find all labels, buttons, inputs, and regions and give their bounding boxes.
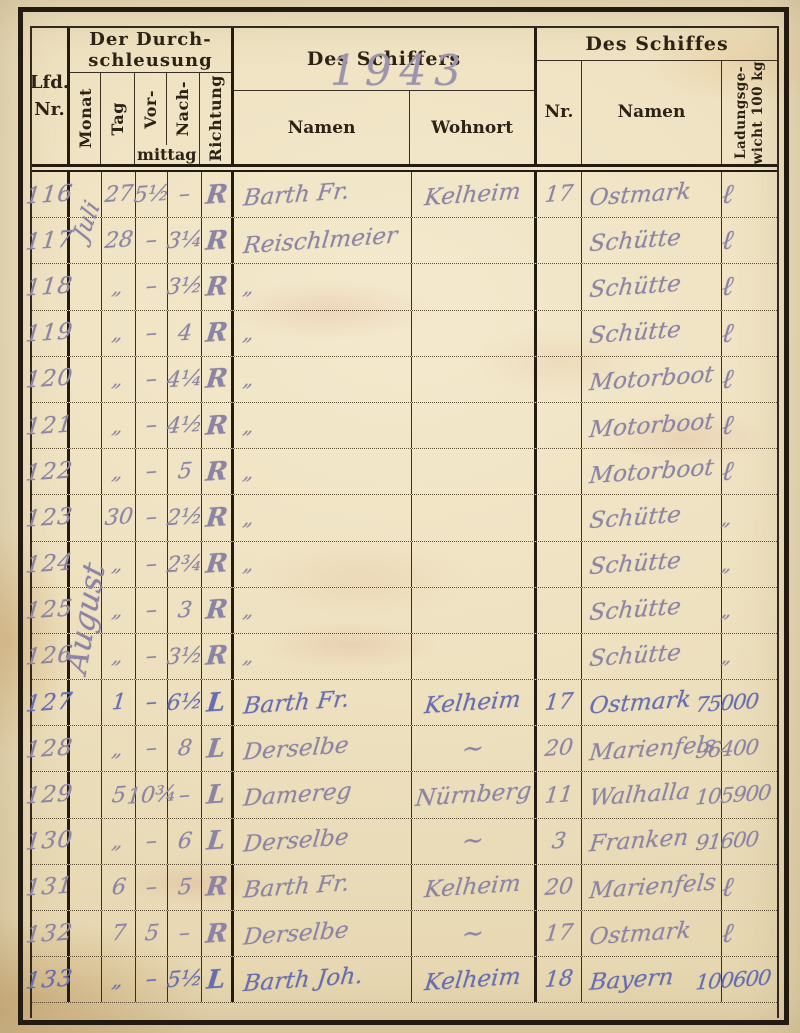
cell-richtung: R <box>202 588 234 633</box>
cell-schiffer-name: „ <box>234 588 412 633</box>
cell-tag-value: „ <box>110 968 126 992</box>
cell-schiffer-name: Damereg <box>234 772 412 817</box>
cell-schiff-name: Motorboot <box>582 403 722 448</box>
cell-vormittag: – <box>136 957 168 1002</box>
cell-tag: 6 <box>102 865 136 910</box>
cell-nachmittag: 4¼ <box>168 357 202 402</box>
cell-tag-value: „ <box>110 829 126 853</box>
cell-schiffer-name-value: „ <box>241 460 257 484</box>
cell-schiff-nr: 20 <box>537 865 582 910</box>
cell-schiff-name-value: Ostmark <box>588 686 692 719</box>
cell-ladungsgewicht-value: ℓ <box>720 410 735 442</box>
cell-tag: 7 <box>102 911 136 956</box>
cell-lfd-nr-value: 132 <box>24 919 74 948</box>
cell-tag-value: „ <box>110 414 126 438</box>
cell-ladungsgewicht-value: ℓ <box>720 456 735 488</box>
cell-vormittag-value: – <box>145 320 159 346</box>
cell-schiff-name-value: Marienfels <box>588 870 717 905</box>
cell-richtung: R <box>202 449 234 494</box>
column-header-tag: Tag <box>101 73 134 164</box>
cell-vormittag-value: – <box>145 967 159 993</box>
cell-wohnort: Kelheim <box>412 957 537 1002</box>
cell-ladungsgewicht: 91600 <box>722 819 777 864</box>
cell-vormittag-value: – <box>145 505 159 531</box>
cell-tag-value: „ <box>110 644 126 668</box>
cell-lfd-nr: 131 <box>32 865 70 910</box>
durchschleusung-title-line1: Der Durch- <box>89 29 212 50</box>
cell-nachmittag-value: 2½ <box>165 504 203 531</box>
cell-richtung-value: L <box>206 826 228 857</box>
cell-vormittag: – <box>136 311 168 356</box>
cell-nachmittag-value: 3½ <box>165 273 203 300</box>
cell-tag-value: 28 <box>103 227 134 254</box>
cell-schiff-nr: 17 <box>537 172 582 217</box>
cell-tag: „ <box>102 588 136 633</box>
cell-schiff-nr <box>537 542 582 587</box>
cell-vormittag-value: – <box>145 413 159 439</box>
cell-vormittag: 10¾ <box>136 772 168 817</box>
ladungsgewicht-label-line2: wicht 100 kg <box>750 61 766 164</box>
cell-nachmittag-value: – <box>178 182 192 208</box>
cell-monat <box>70 403 102 448</box>
cell-schiff-name: Schütte <box>582 588 722 633</box>
cell-nachmittag: 3 <box>168 588 202 633</box>
cell-vormittag-value: – <box>145 597 159 623</box>
cell-nachmittag-value: 5 <box>176 874 193 900</box>
cell-wohnort <box>412 542 537 587</box>
cell-ladungsgewicht: 96400 <box>722 726 777 771</box>
cell-schiff-nr-value: 11 <box>544 782 575 809</box>
cell-monat <box>70 449 102 494</box>
cell-vormittag: – <box>136 680 168 725</box>
cell-wohnort-value: Kelheim <box>424 178 523 211</box>
cell-schiff-nr-value: 17 <box>544 920 575 947</box>
cell-schiffer-name: Derselbe <box>234 726 412 771</box>
cell-lfd-nr-value: 121 <box>24 411 74 440</box>
cell-schiff-name-value: Schütte <box>588 594 682 626</box>
cell-tag-value: 27 <box>103 181 134 208</box>
cell-schiff-name: Marienfels <box>582 865 722 910</box>
cell-ladungsgewicht-value: „ <box>719 552 735 576</box>
cell-vormittag: – <box>136 865 168 910</box>
vormittag-label: Vor- <box>141 90 160 129</box>
cell-schiffer-name-value: „ <box>241 598 257 622</box>
cell-vormittag: – <box>136 449 168 494</box>
cell-wohnort-value: Kelheim <box>424 686 523 719</box>
table-row: 126„–3½R„Schütte„ <box>32 634 777 680</box>
cell-tag: „ <box>102 264 136 309</box>
cell-lfd-nr-value: 124 <box>24 549 74 578</box>
cell-schiffer-name: „ <box>234 311 412 356</box>
cell-tag: „ <box>102 311 136 356</box>
cell-ladungsgewicht: ℓ <box>722 218 777 263</box>
cell-nachmittag: 5 <box>168 865 202 910</box>
cell-richtung-value: L <box>206 687 228 718</box>
cell-schiffer-name: Barth Joh. <box>234 957 412 1002</box>
cell-nachmittag: – <box>168 911 202 956</box>
cell-schiffer-name: „ <box>234 264 412 309</box>
cell-schiff-name: Ostmark <box>582 911 722 956</box>
cell-lfd-nr: 118 <box>32 264 70 309</box>
table-row: 11728–3¼RReischlmeierSchütteℓ <box>32 218 777 264</box>
cell-wohnort: Kelheim <box>412 865 537 910</box>
cell-ladungsgewicht-value: 100600 <box>694 965 771 994</box>
cell-tag-value: „ <box>110 367 126 391</box>
cell-wohnort <box>412 495 537 540</box>
cell-richtung-value: R <box>204 502 229 533</box>
cell-nachmittag-value: 6½ <box>165 689 203 716</box>
cell-lfd-nr: 121 <box>32 403 70 448</box>
cell-schiff-name-value: Franken <box>588 825 690 858</box>
cell-schiff-name: Schütte <box>582 542 722 587</box>
cell-tag: „ <box>102 634 136 679</box>
cell-lfd-nr-value: 125 <box>24 596 74 625</box>
cell-lfd-nr: 128 <box>32 726 70 771</box>
cell-ladungsgewicht-value: ℓ <box>720 872 735 904</box>
table-row: 1271–6½LBarth Fr.Kelheim17Ostmark75000 <box>32 680 777 726</box>
cell-lfd-nr: 119 <box>32 311 70 356</box>
cell-monat <box>70 680 102 725</box>
cell-ladungsgewicht-value: 105900 <box>694 780 771 809</box>
cell-schiffer-name-value: Barth Fr. <box>242 686 351 719</box>
cell-schiffer-name: Derselbe <box>234 911 412 956</box>
cell-schiff-nr <box>537 264 582 309</box>
cell-schiffer-name-value: „ <box>241 321 257 345</box>
table-row: 124„–2¾R„Schütte„ <box>32 542 777 588</box>
cell-nachmittag: 5½ <box>168 957 202 1002</box>
cell-monat <box>70 588 102 633</box>
cell-tag: „ <box>102 726 136 771</box>
cell-schiff-nr <box>537 449 582 494</box>
cell-richtung: R <box>202 264 234 309</box>
cell-nachmittag: 6 <box>168 819 202 864</box>
cell-nachmittag: 4½ <box>168 403 202 448</box>
cell-ladungsgewicht-value: 91600 <box>694 827 759 855</box>
cell-monat <box>70 911 102 956</box>
cell-schiffer-name: Barth Fr. <box>234 172 412 217</box>
cell-wohnort: ~ <box>412 726 537 771</box>
cell-richtung-value: R <box>204 317 229 348</box>
cell-ladungsgewicht: „ <box>722 588 777 633</box>
group-title-schiffer: Des Schiffers <box>234 28 534 91</box>
cell-wohnort: ~ <box>412 819 537 864</box>
cell-nachmittag: 4 <box>168 311 202 356</box>
cell-ladungsgewicht: „ <box>722 495 777 540</box>
cell-monat <box>70 172 102 217</box>
cell-tag: „ <box>102 357 136 402</box>
cell-richtung-value: R <box>204 456 229 487</box>
cell-ladungsgewicht-value: ℓ <box>720 918 735 950</box>
cell-ladungsgewicht-value: ℓ <box>720 225 735 257</box>
cell-wohnort-value: Nürnberg <box>414 778 533 812</box>
cell-schiff-nr-value: 17 <box>544 689 575 716</box>
cell-richtung: L <box>202 772 234 817</box>
cell-lfd-nr-value: 120 <box>24 365 74 394</box>
table-row: 125„–3R„Schütte„ <box>32 588 777 634</box>
cell-monat <box>70 634 102 679</box>
cell-tag-value: „ <box>110 275 126 299</box>
cell-wohnort: Kelheim <box>412 680 537 725</box>
cell-schiff-nr <box>537 495 582 540</box>
cell-schiffer-name-value: Derselbe <box>242 917 350 950</box>
mittag-label: mittag <box>135 145 199 164</box>
group-schiff: Des Schiffes Nr. Namen Ladungsge- wicht … <box>537 28 777 164</box>
durchschleusung-title-line2: schleusung <box>88 50 212 71</box>
cell-schiff-name-value: Schütte <box>588 640 682 672</box>
cell-vormittag-value: – <box>145 228 159 254</box>
cell-ladungsgewicht: ℓ <box>722 264 777 309</box>
cell-schiffer-name-value: „ <box>241 414 257 438</box>
cell-vormittag: – <box>136 588 168 633</box>
cell-nachmittag: 3½ <box>168 634 202 679</box>
cell-lfd-nr: 127 <box>32 680 70 725</box>
cell-tag-value: 30 <box>103 504 134 531</box>
cell-nachmittag-value: 5½ <box>165 966 203 993</box>
cell-richtung-value: R <box>204 872 229 903</box>
cell-richtung-value: R <box>204 225 229 256</box>
cell-nachmittag-value: – <box>178 921 192 947</box>
cell-schiff-name-value: Walhalla <box>588 779 691 812</box>
cell-schiff-nr: 20 <box>537 726 582 771</box>
table-row: 119„–4R„Schütteℓ <box>32 311 777 357</box>
cell-wohnort <box>412 634 537 679</box>
cell-lfd-nr-value: 117 <box>24 226 74 255</box>
cell-schiff-name: Motorboot <box>582 449 722 494</box>
cell-schiff-name-value: Ostmark <box>588 917 692 950</box>
table-row: 133„–5½LBarth Joh.Kelheim18Bayern100600 <box>32 957 777 1003</box>
cell-vormittag-value: – <box>145 274 159 300</box>
cell-richtung: R <box>202 357 234 402</box>
cell-richtung-value: L <box>206 779 228 810</box>
cell-vormittag-value: 5 <box>143 921 160 947</box>
cell-schiff-name: Ostmark <box>582 172 722 217</box>
cell-lfd-nr-value: 118 <box>24 272 74 301</box>
cell-wohnort <box>412 311 537 356</box>
cell-schiff-name-value: Motorboot <box>588 454 715 489</box>
cell-richtung: R <box>202 495 234 540</box>
cell-nachmittag: 5 <box>168 449 202 494</box>
cell-nachmittag: 3¼ <box>168 218 202 263</box>
cell-lfd-nr-value: 122 <box>24 457 74 486</box>
cell-vormittag: – <box>136 634 168 679</box>
cell-lfd-nr-value: 129 <box>24 780 74 809</box>
column-header-richtung: Richtung <box>200 73 231 164</box>
cell-schiffer-name-value: Reischlmeier <box>242 222 399 259</box>
cell-vormittag-value: – <box>145 736 159 762</box>
column-header-mittag-group: Vor- Nach- mittag <box>135 73 200 164</box>
cell-schiff-nr <box>537 311 582 356</box>
cell-schiff-name-value: Ostmark <box>588 178 692 211</box>
cell-nachmittag-value: 3 <box>176 597 193 623</box>
cell-ladungsgewicht-value: „ <box>719 506 735 530</box>
cell-wohnort-value: Kelheim <box>424 963 523 996</box>
cell-nachmittag-value: 6 <box>176 828 193 854</box>
cell-vormittag: – <box>136 495 168 540</box>
cell-schiff-name: Schütte <box>582 634 722 679</box>
cell-schiff-nr: 17 <box>537 680 582 725</box>
cell-richtung: R <box>202 542 234 587</box>
cell-schiff-nr: 11 <box>537 772 582 817</box>
cell-nachmittag-value: 3¼ <box>165 227 203 254</box>
cell-richtung: R <box>202 634 234 679</box>
cell-monat <box>70 264 102 309</box>
cell-schiff-nr-value: 20 <box>544 735 575 762</box>
cell-schiff-nr-value: 20 <box>544 874 575 901</box>
cell-richtung: R <box>202 403 234 448</box>
cell-schiff-nr: 17 <box>537 911 582 956</box>
cell-ladungsgewicht-value: ℓ <box>720 317 735 349</box>
cell-monat <box>70 865 102 910</box>
cell-monat <box>70 495 102 540</box>
cell-schiffer-name: „ <box>234 449 412 494</box>
cell-wohnort-value: ~ <box>460 825 485 856</box>
cell-schiffer-name-value: Barth Joh. <box>242 963 364 997</box>
cell-tag: „ <box>102 403 136 448</box>
cell-vormittag: 5½ <box>136 172 168 217</box>
cell-schiffer-name-value: Damereg <box>242 778 353 811</box>
cell-lfd-nr: 120 <box>32 357 70 402</box>
schleusen-register-page: { "header": { "col_lfd_line1": "Lfd.", "… <box>0 0 800 1033</box>
cell-richtung: L <box>202 726 234 771</box>
cell-ladungsgewicht: ℓ <box>722 172 777 217</box>
cell-nachmittag-value: 8 <box>176 736 193 762</box>
cell-lfd-nr: 123 <box>32 495 70 540</box>
cell-vormittag-value: – <box>145 690 159 716</box>
cell-schiffer-name: „ <box>234 542 412 587</box>
column-header-wohnort: Wohnort <box>410 91 534 164</box>
cell-schiff-nr-value: 3 <box>551 828 568 854</box>
monat-label: Monat <box>76 88 95 148</box>
cell-schiffer-name: Barth Fr. <box>234 865 412 910</box>
table-row: 128„–8LDerselbe~20Marienfels96400 <box>32 726 777 772</box>
cell-richtung: R <box>202 218 234 263</box>
cell-ladungsgewicht-value: 75000 <box>694 689 759 717</box>
cell-lfd-nr-value: 133 <box>24 965 74 994</box>
table-row: 120„–4¼R„Motorbootℓ <box>32 357 777 403</box>
cell-lfd-nr: 133 <box>32 957 70 1002</box>
cell-vormittag-value: – <box>145 366 159 392</box>
cell-vormittag: – <box>136 542 168 587</box>
table-row: 1316–5RBarth Fr.Kelheim20Marienfelsℓ <box>32 865 777 911</box>
lfd-label-line1: Lfd. <box>30 69 69 96</box>
cell-schiff-name: Schütte <box>582 311 722 356</box>
cell-wohnort <box>412 218 537 263</box>
cell-vormittag: – <box>136 819 168 864</box>
cell-wohnort <box>412 449 537 494</box>
cell-nachmittag-value: 2¾ <box>165 550 203 577</box>
cell-nachmittag: 8 <box>168 726 202 771</box>
cell-richtung: L <box>202 680 234 725</box>
cell-ladungsgewicht: ℓ <box>722 311 777 356</box>
cell-tag-value: 1 <box>110 690 127 716</box>
column-header-schiffer-namen: Namen <box>234 91 410 164</box>
cell-lfd-nr-value: 116 <box>24 180 74 209</box>
cell-schiffer-name-value: „ <box>241 367 257 391</box>
cell-nachmittag: 3½ <box>168 264 202 309</box>
cell-wohnort-value: ~ <box>460 733 485 764</box>
cell-ladungsgewicht: 100600 <box>722 957 777 1002</box>
cell-lfd-nr: 122 <box>32 449 70 494</box>
cell-schiff-nr <box>537 218 582 263</box>
cell-tag: 28 <box>102 218 136 263</box>
cell-monat <box>70 542 102 587</box>
column-header-schiff-namen: Namen <box>582 61 722 164</box>
cell-ladungsgewicht-value: ℓ <box>720 271 735 303</box>
cell-schiff-name: Motorboot <box>582 357 722 402</box>
cell-schiff-name-value: Schütte <box>588 271 682 303</box>
cell-tag: „ <box>102 449 136 494</box>
cell-monat <box>70 218 102 263</box>
cell-lfd-nr: 125 <box>32 588 70 633</box>
cell-schiffer-name: Reischlmeier <box>234 218 412 263</box>
group-durchschleusung: Der Durch- schleusung Monat Tag Vor- <box>70 28 234 164</box>
column-header-vormittag: Vor- <box>135 73 167 145</box>
cell-nachmittag-value: 4 <box>176 320 193 346</box>
cell-tag: 1 <box>102 680 136 725</box>
cell-lfd-nr: 117 <box>32 218 70 263</box>
cell-vormittag-value: 5½ <box>132 181 170 208</box>
cell-wohnort <box>412 357 537 402</box>
cell-schiff-name-value: Motorboot <box>588 408 715 443</box>
richtung-label: Richtung <box>206 75 225 162</box>
cell-vormittag: – <box>136 726 168 771</box>
cell-nachmittag: 2½ <box>168 495 202 540</box>
table-row: 116275½–RBarth Fr.Kelheim17Ostmarkℓ <box>32 172 777 218</box>
cell-tag-value: „ <box>110 321 126 345</box>
cell-ladungsgewicht: ℓ <box>722 403 777 448</box>
cell-ladungsgewicht-value: 96400 <box>694 735 759 763</box>
cell-monat <box>70 819 102 864</box>
cell-nachmittag-value: 4½ <box>165 412 203 439</box>
cell-richtung-value: R <box>204 548 229 579</box>
cell-vormittag-value: – <box>145 551 159 577</box>
cell-schiffer-name-value: „ <box>241 506 257 530</box>
cell-vormittag: – <box>136 218 168 263</box>
cell-monat <box>70 772 102 817</box>
cell-lfd-nr-value: 126 <box>24 642 74 671</box>
cell-schiffer-name: „ <box>234 403 412 448</box>
cell-ladungsgewicht-value: „ <box>719 644 735 668</box>
cell-schiff-nr <box>537 634 582 679</box>
cell-schiffer-name: Barth Fr. <box>234 680 412 725</box>
cell-tag-value: „ <box>110 552 126 576</box>
cell-richtung: R <box>202 172 234 217</box>
cell-schiff-name: Schütte <box>582 495 722 540</box>
cell-vormittag-value: – <box>145 644 159 670</box>
cell-schiffer-name: „ <box>234 634 412 679</box>
cell-schiff-nr <box>537 357 582 402</box>
cell-wohnort-value: Kelheim <box>424 871 523 904</box>
cell-lfd-nr-value: 128 <box>24 734 74 763</box>
cell-lfd-nr-value: 131 <box>24 873 74 902</box>
cell-lfd-nr: 116 <box>32 172 70 217</box>
cell-richtung-value: R <box>204 918 229 949</box>
cell-lfd-nr: 129 <box>32 772 70 817</box>
cell-richtung-value: L <box>206 964 228 995</box>
cell-richtung-value: L <box>206 733 228 764</box>
cell-nachmittag-value: 3½ <box>165 643 203 670</box>
cell-nachmittag: – <box>168 172 202 217</box>
cell-schiff-nr <box>537 588 582 633</box>
cell-tag: „ <box>102 542 136 587</box>
cell-richtung-value: R <box>204 410 229 441</box>
cell-schiffer-name: Derselbe <box>234 819 412 864</box>
cell-richtung: L <box>202 819 234 864</box>
table-row: 130„–6LDerselbe~3Franken91600 <box>32 819 777 865</box>
cell-lfd-nr: 126 <box>32 634 70 679</box>
cell-ladungsgewicht-value: ℓ <box>720 363 735 395</box>
cell-schiffer-name-value: Derselbe <box>242 825 350 858</box>
